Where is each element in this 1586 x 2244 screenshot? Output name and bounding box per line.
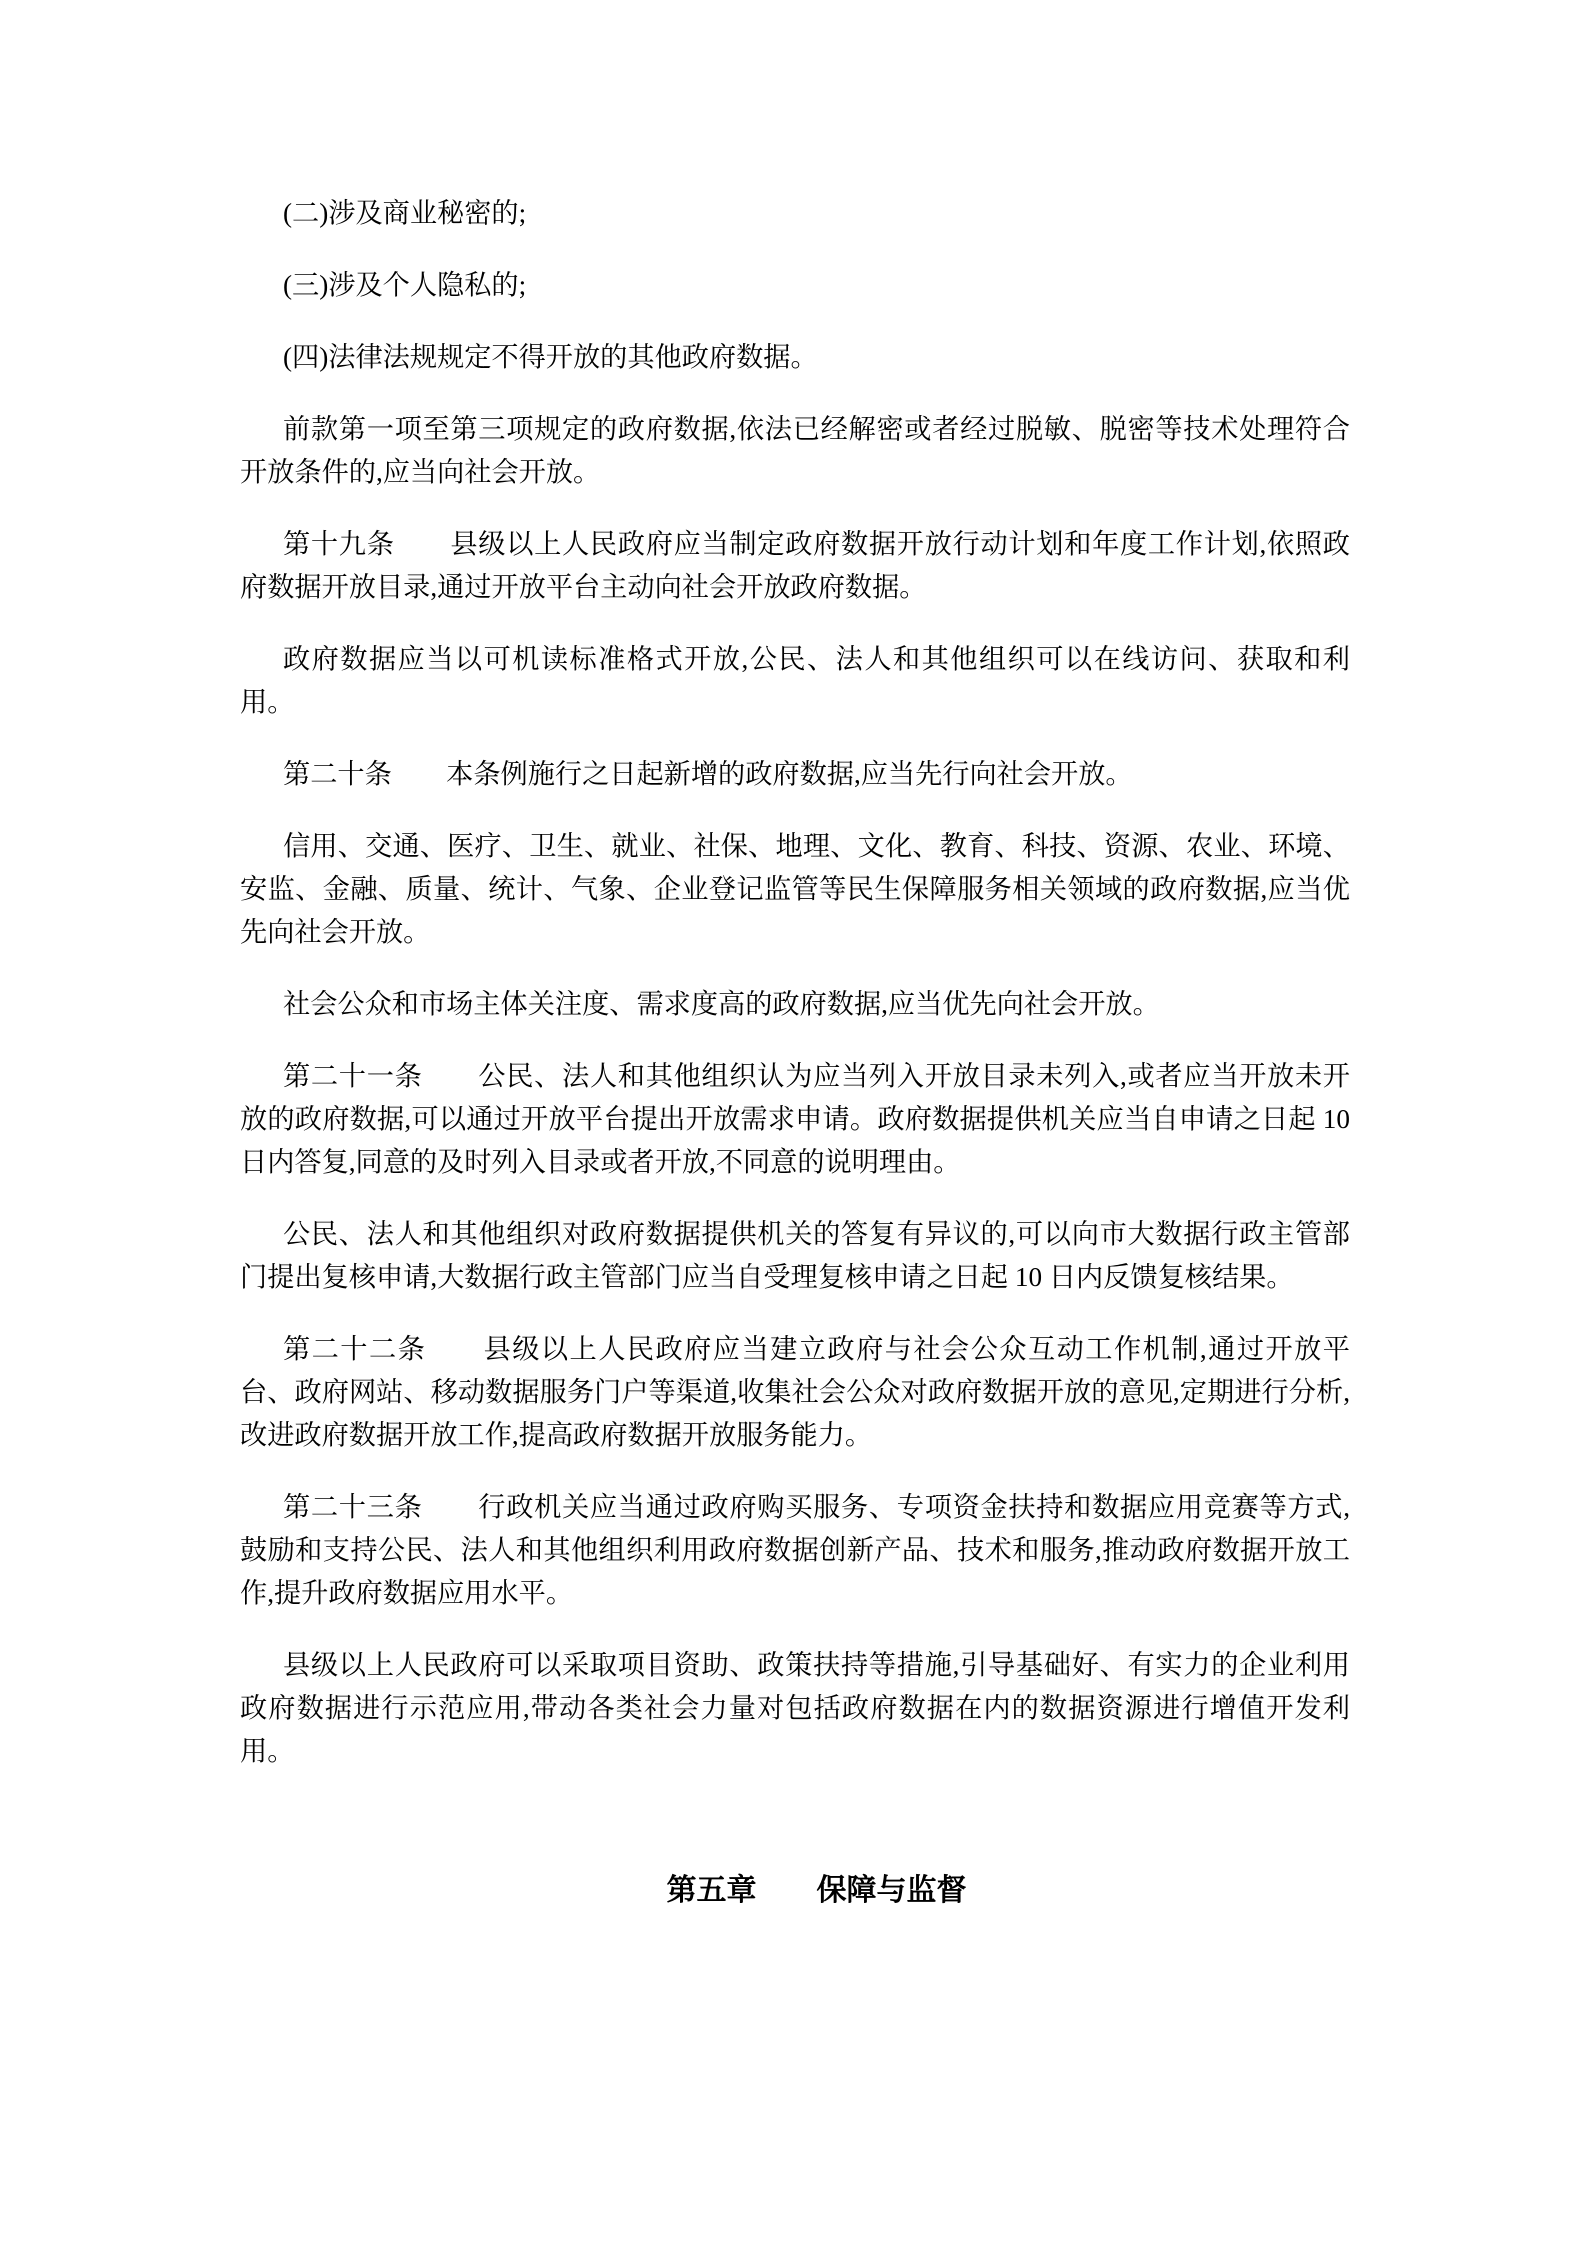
body-paragraph: 县级以上人民政府可以采取项目资助、政策扶持等措施,引导基础好、有实力的企业利用政… [240,1644,1350,1773]
chapter-heading: 第五章 保障与监督 [240,1869,1350,1912]
body-paragraph: 第二十二条 县级以上人民政府应当建立政府与社会公众互动工作机制,通过开放平台、政… [240,1328,1350,1457]
document-page: (二)涉及商业秘密的;(三)涉及个人隐私的;(四)法律法规规定不得开放的其他政府… [0,0,1586,2244]
body-paragraph: 第二十一条 公民、法人和其他组织认为应当列入开放目录未列入,或者应当开放未开放的… [240,1055,1350,1184]
body-paragraph: 前款第一项至第三项规定的政府数据,依法已经解密或者经过脱敏、脱密等技术处理符合开… [240,408,1350,494]
body-paragraph: 政府数据应当以可机读标准格式开放,公民、法人和其他组织可以在线访问、获取和利用。 [240,638,1350,724]
body-paragraph: (三)涉及个人隐私的; [240,264,1350,307]
body-paragraph: 第十九条 县级以上人民政府应当制定政府数据开放行动计划和年度工作计划,依照政府数… [240,523,1350,609]
paragraph-container: (二)涉及商业秘密的;(三)涉及个人隐私的;(四)法律法规规定不得开放的其他政府… [240,192,1350,1773]
body-paragraph: 公民、法人和其他组织对政府数据提供机关的答复有异议的,可以向市大数据行政主管部门… [240,1213,1350,1299]
body-paragraph: (二)涉及商业秘密的; [240,192,1350,235]
body-paragraph: 社会公众和市场主体关注度、需求度高的政府数据,应当优先向社会开放。 [240,983,1350,1026]
body-paragraph: (四)法律法规规定不得开放的其他政府数据。 [240,336,1350,379]
body-paragraph: 信用、交通、医疗、卫生、就业、社保、地理、文化、教育、科技、资源、农业、环境、安… [240,825,1350,954]
body-paragraph: 第二十条 本条例施行之日起新增的政府数据,应当先行向社会开放。 [240,753,1350,796]
body-paragraph: 第二十三条 行政机关应当通过政府购买服务、专项资金扶持和数据应用竞赛等方式,鼓励… [240,1486,1350,1615]
document-body: (二)涉及商业秘密的;(三)涉及个人隐私的;(四)法律法规规定不得开放的其他政府… [240,192,1350,1912]
